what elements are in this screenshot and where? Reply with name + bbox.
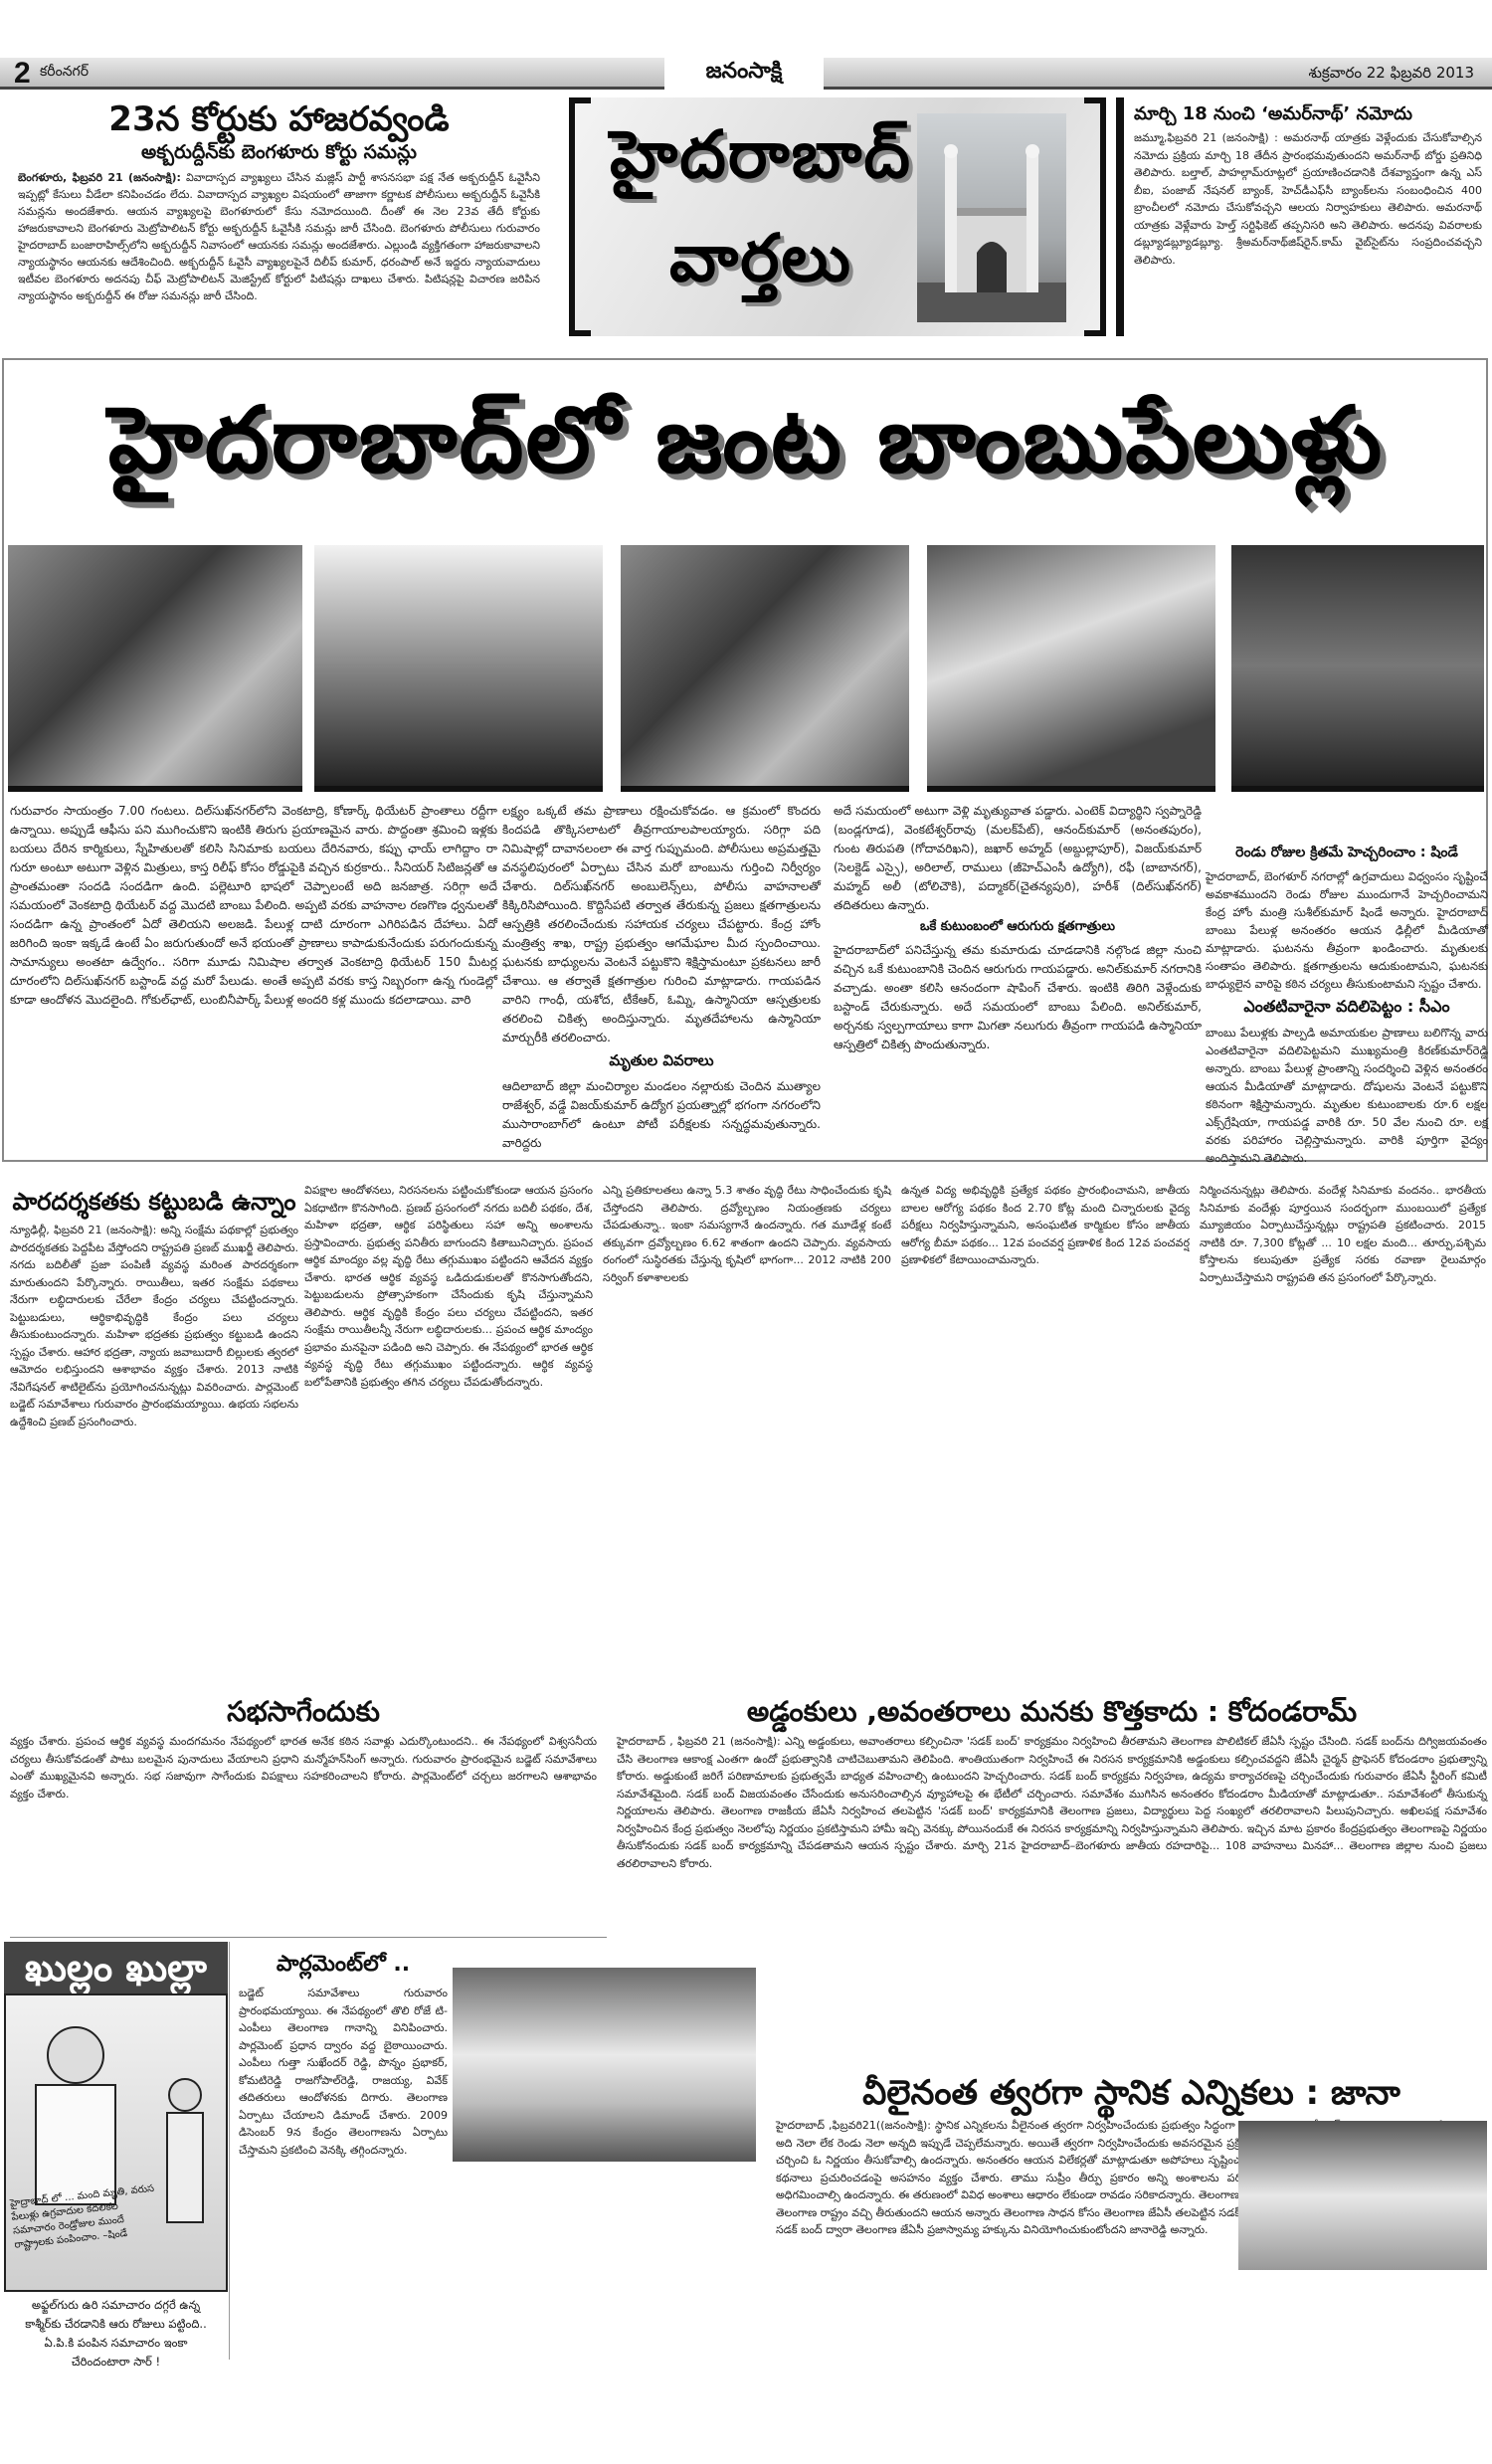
divider [10,1937,607,1938]
lead-col3-tail: హైదరాబాద్‌లో పనిచేస్తున్న తమ కుమారుడు చూ… [834,941,1202,1054]
story-jana-headline: వీలైనంత త్వరగా స్థానిక ఎన్నికలు : జానా [776,2069,1487,2117]
lead-col3: అదే సమయంలో అటుగా వెళ్లి మృత్యువాత పడ్డార… [834,802,1202,1054]
story-court: 23న కోర్టుకు హాజరవ్వండి అక్బరుద్దీన్‌కు … [18,99,540,304]
cartoon-caption-line2: కాశ్మీర్‌కు చేరడానికి ఆరు రోజులు పట్టింద… [4,2315,228,2334]
photo-hospital-ward [621,545,909,792]
edition-name: కరీంనగర్ [40,64,89,83]
story-court-body: బెంగళూరు, ఫిబ్రవరి 21 (జనంసాక్షి): వివాద… [18,169,540,304]
story-president-col5: నిర్మించనున్నట్లు తెలిపారు. వందేళ్ల సిని… [1200,1182,1486,1286]
page-number: 2 [14,58,31,90]
story-president-col2: విపక్షాల ఆందోళనలు, నిరసనలను పట్టించుకోకు… [304,1182,593,1391]
story-amarnath-body: అమరనాథ్ యాత్రకు వెళ్లేందుకు చేసుకోవాల్సి… [1134,131,1482,267]
column-bar [1116,97,1124,336]
photo-blast-smoke [314,545,603,792]
left-bracket [569,97,591,336]
story-president-dateline: న్యూఢిల్లీ, ఫిబ్రవరి 21 (జనంసాక్షి): [10,1224,156,1236]
issue-date: శుక్రవారం 22 ఫిబ్రవరి 2013 [1308,64,1474,86]
story-president-col4: ఉన్నత విద్య అభివృద్ధికి ప్రత్యేక పథకం ప్… [901,1182,1190,1269]
charminar-photo [917,113,1066,322]
column-rule [229,1942,230,2360]
story-amarnath-headline: మార్చి 18 నుంచి ‘అమర్‌నాథ్’ నమోదు [1134,99,1482,129]
cartoon-title: ఖుల్లం ఖుల్లా [4,1942,228,1993]
cartoon-illustration: హైద్రాబాద్ లో ... మంది మృతి, వరుస పేలుళ్… [4,1993,228,2292]
story-court-dateline: బెంగళూరు, ఫిబ్రవరి 21 (జనంసాక్షి): [18,171,181,184]
story-amarnath: మార్చి 18 నుంచి ‘అమర్‌నాథ్’ నమోదు జమ్మూ,… [1134,99,1482,269]
story-kodandaram: అడ్డంకులు ,అవంతరాలు మనకు కొత్తకాదు : కోద… [617,1691,1487,1872]
story-kodandaram-dateline: హైదరాబాద్ , ఫిబ్రవరి 21 (జనంసాక్షి): [617,1735,781,1748]
lead-col2-subhead: మృతుల వివరాలు [502,1051,821,1073]
sidebar-shinde-body: హైదరాబాద్, బెంగళూర్ నగరాల్లో ఉగ్రవాదులు … [1206,867,1488,993]
story-kodandaram-body: ఎన్ని అడ్డంకులు, అవాంతరాలు కల్పించినా 'స… [617,1735,1487,1870]
lead-col2: లక్ష్యం ఒక్కటే తమ ప్రాణాలు రక్షించుకోవడం… [502,802,821,1153]
story-parliament-body: బడ్జెట్ సమావేశాలు గురువారం ప్రారంభమయ్యాయ… [239,1985,448,2159]
sidebar-cm-body: బాంబు పేలుళ్లకు పాల్పడి అమాయకుల ప్రాణాలు… [1206,1024,1488,1167]
story-court-headline: 23న కోర్టుకు హాజరవ్వండి [18,99,540,139]
t-mps-photo [453,1968,756,2162]
lead-col3-text: అదే సమయంలో అటుగా వెళ్లి మృత్యువాత పడ్డార… [834,802,1202,915]
story-jana-dateline: హైదరాబాద్ ,ఫిబ్రవరి21((జనంసాక్షి): [776,2119,931,2132]
story-court-subhead: అక్బరుద్దీన్‌కు బెంగళూరు కోర్టు సమన్లు [18,139,540,165]
story-amarnath-dateline: జమ్మూ,ఫిబ్రవరి 21 (జనంసాక్షి) : [1134,131,1278,144]
lead-col2-text: లక్ష్యం ఒక్కటే తమ ప్రాణాలు రక్షించుకోవడం… [502,802,821,1047]
sidebar-shinde-headline: రెండు రోజుల క్రితమే హెచ్చరించాం : షిండే [1206,845,1488,863]
story-sabha: సభసాగేందుకు వ్యక్తం చేశారు. ప్రపంచ ఆర్థి… [10,1691,597,1802]
photo-police-inspect [1231,545,1484,792]
story-parliament: పార్లమెంట్‌లో .. బడ్జెట్ సమావేశాలు గురువ… [239,1945,448,2159]
photo-fire-extinguisher [927,545,1215,792]
story-sabha-body: వ్యక్తం చేశారు. ప్రపంచ ఆర్థిక వ్యవస్థ మం… [10,1733,597,1802]
story-parliament-headline: పార్లమెంట్‌లో .. [239,1945,448,1985]
lead-headline: హైదరాబాద్‌లో జంట బాంబుపేలుళ్లు [20,366,1472,515]
cartoon-box: ఖుల్లం ఖుల్లా హైద్రాబాద్ లో ... మంది మృత… [4,1942,228,2371]
story-president-col1: పారదర్శకతకు కట్టుబడి ఉన్నాం న్యూఢిల్లీ, … [10,1182,298,1430]
right-bracket [1084,97,1106,336]
cartoon-caption: అఫ్జల్‌గురు ఉరి సమాచారం దగ్గరే ఉన్న కాశ్… [4,2296,228,2371]
cartoon-caption-line1: అఫ్జల్‌గురు ఉరి సమాచారం దగ్గరే ఉన్న [4,2296,228,2315]
section-banner: హైదరాబాద్ వార్తలు [569,97,1106,336]
story-court-text: వివాదాస్పద వ్యాఖ్యలు చేసిన మజ్లిస్ పార్ట… [18,171,540,302]
cartoon-caption-line3: ఏ.పి.కి పంపిన సమాచారం ఇంకా [4,2334,228,2353]
story-kodandaram-headline: అడ్డంకులు ,అవంతరాలు మనకు కొత్తకాదు : కోద… [617,1691,1487,1733]
story-president-col3: ఎన్ని ప్రతికూలతలు ఉన్నా 5.3 శాతం వృద్ధి … [603,1182,891,1286]
sidebar-cm-headline: ఎంతటివారైనా వదిలిపెట్టం : సీఎం [1206,997,1488,1020]
newspaper-logo: జనంసాక్షి [664,52,824,92]
section-title-line1: హైదరాబాద్ [597,105,925,205]
logo-text: జనంసాక్షి [706,59,783,84]
lead-col1: గురువారం సాయంత్రం 7.00 గంటలు. దిల్‌సుఖ్‌… [10,802,497,1010]
lead-col2-tail: ఆదిలాబాద్ జిల్లా మంచిర్యాల మండలం నల్లారు… [502,1077,821,1153]
story-president-headline: పారదర్శకతకు కట్టుబడి ఉన్నాం [10,1182,298,1222]
cartoon-caption-line4: చేరిందంటారా సార్ ! [4,2353,228,2371]
charminar-icon [917,113,1066,322]
story-jana: వీలైనంత త్వరగా స్థానిక ఎన్నికలు : జానా హ… [776,2069,1487,2239]
section-title-line2: వార్తలు [597,209,925,308]
photo-injured-victims [8,545,302,792]
lead-sidebar: రెండు రోజుల క్రితమే హెచ్చరించాం : షిండే … [1206,841,1488,1167]
story-president-col1-text: అన్ని సంక్షేమ పథకాల్లో ప్రభుత్వం పారదర్శ… [10,1224,298,1428]
lead-col3-subhead: ఒకే కుటుంబంలో ఆరుగురు క్షతగాత్రులు [834,919,1202,937]
story-sabha-headline: సభసాగేందుకు [10,1691,597,1733]
jana-reddy-photo [1238,2121,1487,2270]
